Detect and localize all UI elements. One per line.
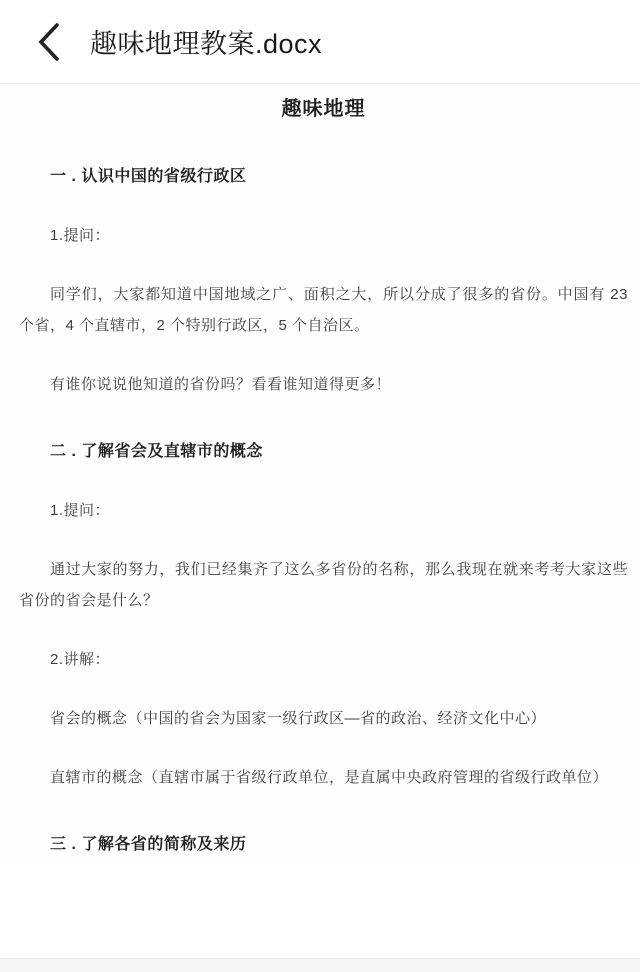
file-title: 趣味地理教案.docx	[90, 22, 322, 61]
bottom-system-bar	[0, 958, 640, 972]
paragraph: 直辖市的概念（直辖市属于省级行政单位，是直属中央政府管理的省级行政单位）	[19, 762, 628, 793]
section-heading-3: 三 . 了解各省的简称及来历	[19, 829, 628, 860]
paragraph: 1.提问：	[19, 495, 628, 526]
back-button[interactable]	[36, 22, 66, 62]
paragraph: 同学们，大家都知道中国地域之广、面积之大，所以分成了很多的省份。中国有 23 个…	[19, 279, 628, 341]
paragraph: 2.讲解：	[19, 644, 628, 675]
document-scroll-area[interactable]: 趣味地理 一 . 认识中国的省级行政区 1.提问： 同学们，大家都知道中国地域之…	[0, 84, 640, 860]
chevron-left-icon	[36, 22, 62, 62]
paragraph: 省会的概念（中国的省会为国家一级行政区—省的政治、经济文化中心）	[19, 703, 628, 734]
app-header: 趣味地理教案.docx	[0, 0, 640, 84]
paragraph: 1.提问：	[19, 220, 628, 251]
section-heading-2: 二 . 了解省会及直辖市的概念	[19, 436, 628, 467]
section-heading-1: 一 . 认识中国的省级行政区	[19, 161, 628, 192]
paragraph: 有谁你说说他知道的省份吗？看看谁知道得更多！	[19, 369, 628, 400]
document-title: 趣味地理	[19, 94, 628, 125]
paragraph: 通过大家的努力，我们已经集齐了这么多省份的名称，那么我现在就来考考大家这些省份的…	[19, 554, 628, 616]
